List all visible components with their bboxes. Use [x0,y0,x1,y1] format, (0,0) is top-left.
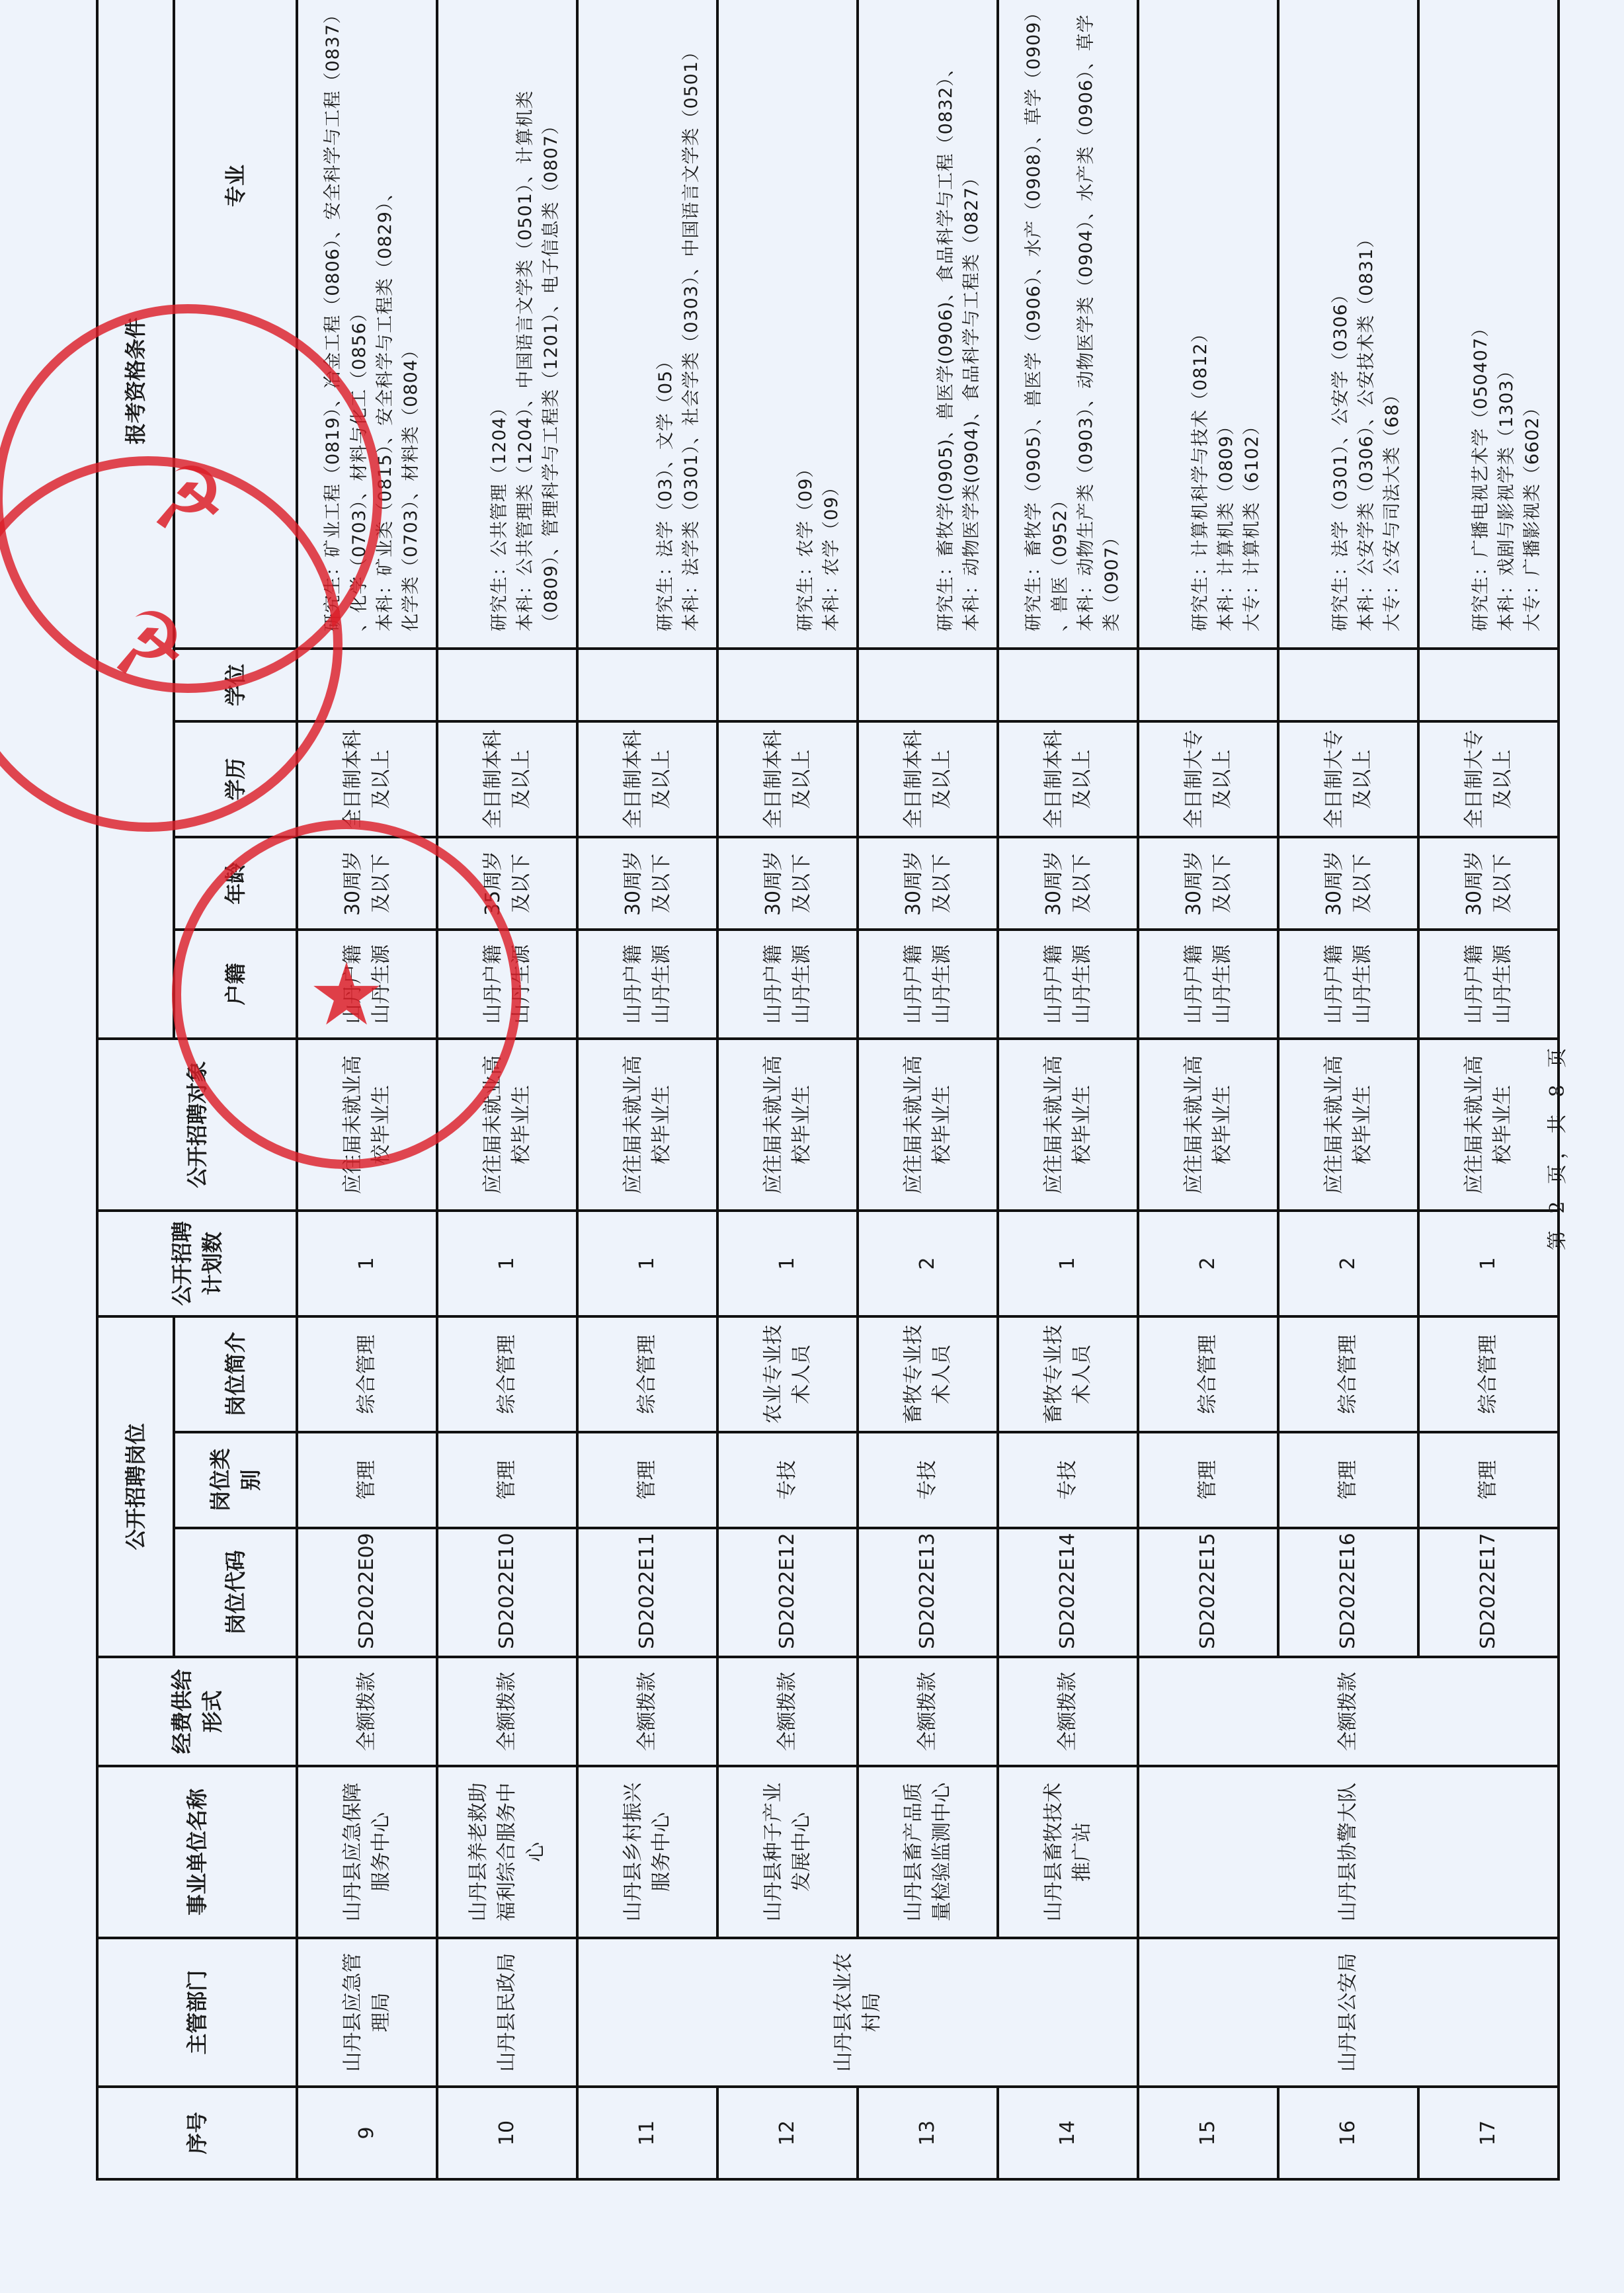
cell-count: 2 [858,1211,998,1316]
cell-target: 应往届未就业高校毕业生 [1278,1039,1418,1211]
major-line: 研究生：畜牧学（0905）、兽医学（0906）、水产（0908）、草学（0909… [1021,0,1047,631]
major-line: 本科：农学（09） [819,0,844,631]
cell-desc: 畜牧专业技术人员 [858,1316,998,1432]
cell-funding: 全额拨款 [717,1657,858,1766]
cell-desc: 畜牧专业技术人员 [998,1316,1138,1432]
cell-funding: 全额拨款 [858,1657,998,1766]
cell-count: 1 [998,1211,1138,1316]
cell-unit: 山丹县种子产业发展中心 [717,1766,858,1938]
cell-type: 管理 [437,1432,577,1528]
major-line: 、兽医（0952） [1047,0,1073,631]
major-line: 研究生：广播电视艺术学（050407） [1468,0,1494,631]
header-position-group: 公开招聘岗位 [97,1316,174,1657]
cell-desc: 综合管理 [297,1316,437,1432]
cell-age: 30周岁及以下 [577,837,717,930]
cell-target: 应往届未就业高校毕业生 [858,1039,998,1211]
cell-age: 30周岁及以下 [858,837,998,930]
cell-major: 研究生：法学（03）、文学（05）本科：法学类（0301）、社会学类（0303）… [577,0,717,649]
cell-funding: 全额拨款 [297,1657,437,1766]
cell-age: 30周岁及以下 [1278,837,1418,930]
cell-target: 应往届未就业高校毕业生 [1418,1039,1559,1211]
cell-target: 应往届未就业高校毕业生 [1138,1039,1278,1211]
cell-type: 管理 [1278,1432,1418,1528]
table-row: 15山丹县公安局山丹县协警大队全额拨款SD2022E15管理综合管理2应往届未就… [1138,0,1278,2179]
cell-unit: 山丹县应急保障服务中心 [297,1766,437,1938]
major-line: 大专：计算机类（6102） [1239,0,1265,631]
major-line: 本科：公安学类（0306）、公安技术类（0831） [1354,0,1379,631]
cell-age: 30周岁及以下 [1138,837,1278,930]
cell-degree [1138,649,1278,721]
cell-code: SD2022E17 [1418,1528,1559,1657]
recruitment-positions-table: 序号 主管部门 事业单位名称 经费供给形式 公开招聘岗位 公开招聘计划数 公开招… [96,0,1560,2181]
cell-age: 30周岁及以下 [717,837,858,930]
cell-degree [1418,649,1559,721]
cell-code: SD2022E13 [858,1528,998,1657]
cell-major: 研究生：畜牧学(0905)、兽医学(0906)、食品科学与工程（0832）、本科… [858,0,998,649]
cell-major: 研究生：矿业工程（0819）、冶金工程（0806）、安全科学与工程（0837）、… [297,0,437,649]
cell-unit: 山丹县养老救助福利综合服务中心 [437,1766,577,1938]
cell-count: 1 [717,1211,858,1316]
cell-desc: 综合管理 [1418,1316,1559,1432]
header-position-desc: 岗位简介 [174,1316,297,1432]
cell-degree [1278,649,1418,721]
major-line: （0809）、管理科学与工程类（1201）、电子信息类（0807） [538,0,564,631]
cell-major: 研究生：公共管理（1204）本科：公共管理类（1204）、中国语言文学类（050… [437,0,577,649]
table-row: 12山丹县种子产业发展中心全额拨款SD2022E12专技农业专业技术人员1应往届… [717,0,858,2179]
cell-code: SD2022E16 [1278,1528,1418,1657]
cell-hukou: 山丹户籍 山丹生源 [577,930,717,1039]
cell-department: 山丹县应急管理局 [297,1938,437,2087]
major-line: 研究生：矿业工程（0819）、冶金工程（0806）、安全科学与工程（0837） [320,0,346,631]
table-row: 14山丹县畜牧技术推广站全额拨款SD2022E14专技畜牧专业技术人员1应往届未… [998,0,1138,2179]
cell-education: 全日制本科及以上 [297,721,437,837]
cell-age: 30周岁及以下 [1418,837,1559,930]
header-major: 专业 [174,0,297,649]
cell-major: 研究生：法学（0301）、公安学（0306）本科：公安学类（0306）、公安技术… [1278,0,1418,649]
major-line: 研究生：畜牧学(0905)、兽医学(0906)、食品科学与工程（0832）、 [933,0,959,631]
cell-hukou: 山丹户籍 山丹生源 [297,930,437,1039]
cell-desc: 农业专业技术人员 [717,1316,858,1432]
cell-seq: 15 [1138,2087,1278,2179]
cell-funding: 全额拨款 [577,1657,717,1766]
cell-education: 全日制本科及以上 [717,721,858,837]
cell-type: 管理 [577,1432,717,1528]
cell-education: 全日制大专及以上 [1418,721,1559,837]
cell-type: 管理 [297,1432,437,1528]
cell-unit: 山丹县畜产品质量检验监测中心 [858,1766,998,1938]
cell-unit: 山丹县畜牧技术推广站 [998,1766,1138,1938]
cell-desc: 综合管理 [437,1316,577,1432]
cell-seq: 12 [717,2087,858,2179]
cell-target: 应往届未就业高校毕业生 [437,1039,577,1211]
cell-education: 全日制本科及以上 [858,721,998,837]
cell-code: SD2022E15 [1138,1528,1278,1657]
cell-hukou: 山丹户籍 山丹生源 [1278,930,1418,1039]
table-body: 9山丹县应急管理局山丹县应急保障服务中心全额拨款SD2022E09管理综合管理1… [297,0,1559,2179]
cell-education: 全日制本科及以上 [577,721,717,837]
cell-target: 应往届未就业高校毕业生 [998,1039,1138,1211]
cell-degree [577,649,717,721]
major-line: 研究生：法学（0301）、公安学（0306） [1328,0,1354,631]
rotated-document-page: 序号 主管部门 事业单位名称 经费供给形式 公开招聘岗位 公开招聘计划数 公开招… [0,0,1624,2293]
header-seq: 序号 [97,2087,297,2179]
cell-education: 全日制大专及以上 [1278,721,1418,837]
major-line: 本科：矿业类（0815）、安全科学与工程类（0829）、 [372,0,398,631]
cell-code: SD2022E09 [297,1528,437,1657]
major-line: 本科：计算机类（0809） [1213,0,1239,631]
cell-hukou: 山丹户籍 山丹生源 [858,930,998,1039]
cell-major: 研究生：计算机科学与技术（0812）本科：计算机类（0809）大专：计算机类（6… [1138,0,1278,649]
cell-funding: 全额拨款 [437,1657,577,1766]
header-position-type: 岗位类别 [174,1432,297,1528]
cell-count: 1 [437,1211,577,1316]
cell-education: 全日制大专及以上 [1138,721,1278,837]
table-row: 9山丹县应急管理局山丹县应急保障服务中心全额拨款SD2022E09管理综合管理1… [297,0,437,2179]
cell-age: 35周岁及以下 [437,837,577,930]
cell-funding: 全额拨款 [998,1657,1138,1766]
cell-degree [858,649,998,721]
table-row: 10山丹县民政局山丹县养老救助福利综合服务中心全额拨款SD2022E10管理综合… [437,0,577,2179]
header-unit: 事业单位名称 [97,1766,297,1938]
header-degree: 学位 [174,649,297,721]
cell-degree [998,649,1138,721]
cell-type: 管理 [1138,1432,1278,1528]
header-position-code: 岗位代码 [174,1528,297,1657]
cell-code: SD2022E10 [437,1528,577,1657]
cell-count: 2 [1138,1211,1278,1316]
cell-target: 应往届未就业高校毕业生 [577,1039,717,1211]
cell-education: 全日制本科及以上 [998,721,1138,837]
major-line: 化学类（0703）、材料类（0804） [398,0,424,631]
major-line: 本科：戏剧与影视学类（1303） [1494,0,1520,631]
cell-seq: 9 [297,2087,437,2179]
cell-hukou: 山丹户籍 山丹生源 [998,930,1138,1039]
header-department: 主管部门 [97,1938,297,2087]
cell-department: 山丹县公安局 [1138,1938,1559,2087]
header-age: 年龄 [174,837,297,930]
cell-target: 应往届未就业高校毕业生 [297,1039,437,1211]
major-line: 、化学（0703）、材料与化工（0856） [346,0,372,631]
cell-count: 1 [1418,1211,1559,1316]
cell-count: 1 [297,1211,437,1316]
table-row: 11山丹县农业农村局山丹县乡村振兴服务中心全额拨款SD2022E11管理综合管理… [577,0,717,2179]
major-line: 本科：法学类（0301）、社会学类（0303）、中国语言文学类（0501） [678,0,704,631]
cell-code: SD2022E12 [717,1528,858,1657]
header-target: 公开招聘对象 [97,1039,297,1211]
cell-major: 研究生：畜牧学（0905）、兽医学（0906）、水产（0908）、草学（0909… [998,0,1138,649]
cell-code: SD2022E14 [998,1528,1138,1657]
header-funding: 经费供给形式 [97,1657,297,1766]
cell-major: 研究生：广播电视艺术学（050407）本科：戏剧与影视学类（1303）大专：广播… [1418,0,1559,649]
cell-seq: 11 [577,2087,717,2179]
cell-target: 应往届未就业高校毕业生 [717,1039,858,1211]
cell-degree [297,649,437,721]
cell-count: 2 [1278,1211,1418,1316]
header-requirements-group: 报考资格条件 [97,0,174,1039]
major-line: 研究生：法学（03）、文学（05） [653,0,678,631]
major-line: 本科：动物生产类（0903）、动物医学类（0904）、水产类（0906）、草学 [1073,0,1099,631]
cell-type: 专技 [998,1432,1138,1528]
cell-degree [717,649,858,721]
cell-seq: 13 [858,2087,998,2179]
cell-unit: 山丹县协警大队 [1138,1766,1559,1938]
cell-education: 全日制本科及以上 [437,721,577,837]
page-footer: 第 2 页，共 8 页 [1541,0,1570,2293]
cell-type: 管理 [1418,1432,1559,1528]
cell-age: 30周岁及以下 [297,837,437,930]
cell-department: 山丹县农业农村局 [577,1938,1138,2087]
cell-hukou: 山丹户籍 山丹生源 [437,930,577,1039]
cell-department: 山丹县民政局 [437,1938,577,2087]
header-education: 学历 [174,721,297,837]
cell-type: 专技 [858,1432,998,1528]
cell-seq: 17 [1418,2087,1559,2179]
major-line: 研究生：农学（09） [793,0,819,631]
header-hukou: 户籍 [174,930,297,1039]
cell-hukou: 山丹户籍 山丹生源 [1138,930,1278,1039]
major-line: 大专：公安与司法大类（68） [1379,0,1405,631]
cell-degree [437,649,577,721]
cell-seq: 16 [1278,2087,1418,2179]
cell-funding: 全额拨款 [1138,1657,1559,1766]
cell-type: 专技 [717,1432,858,1528]
major-line: 类（0907） [1099,0,1125,631]
cell-code: SD2022E11 [577,1528,717,1657]
major-line: 研究生：公共管理（1204） [487,0,512,631]
cell-unit: 山丹县乡村振兴服务中心 [577,1766,717,1938]
cell-major: 研究生：农学（09）本科：农学（09） [717,0,858,649]
cell-desc: 综合管理 [577,1316,717,1432]
header-plan-count: 公开招聘计划数 [97,1211,297,1316]
cell-age: 30周岁及以下 [998,837,1138,930]
major-line: 研究生：计算机科学与技术（0812） [1188,0,1213,631]
cell-hukou: 山丹户籍 山丹生源 [717,930,858,1039]
cell-desc: 综合管理 [1278,1316,1418,1432]
table-row: 13山丹县畜产品质量检验监测中心全额拨款SD2022E13专技畜牧专业技术人员2… [858,0,998,2179]
cell-seq: 14 [998,2087,1138,2179]
major-line: 本科：动物医学类(0904)、食品科学与工程类（0827） [959,0,985,631]
cell-count: 1 [577,1211,717,1316]
cell-hukou: 山丹户籍 山丹生源 [1418,930,1559,1039]
major-line: 本科：公共管理类（1204）、中国语言文学类（0501）、计算机类 [512,0,538,631]
cell-desc: 综合管理 [1138,1316,1278,1432]
cell-seq: 10 [437,2087,577,2179]
